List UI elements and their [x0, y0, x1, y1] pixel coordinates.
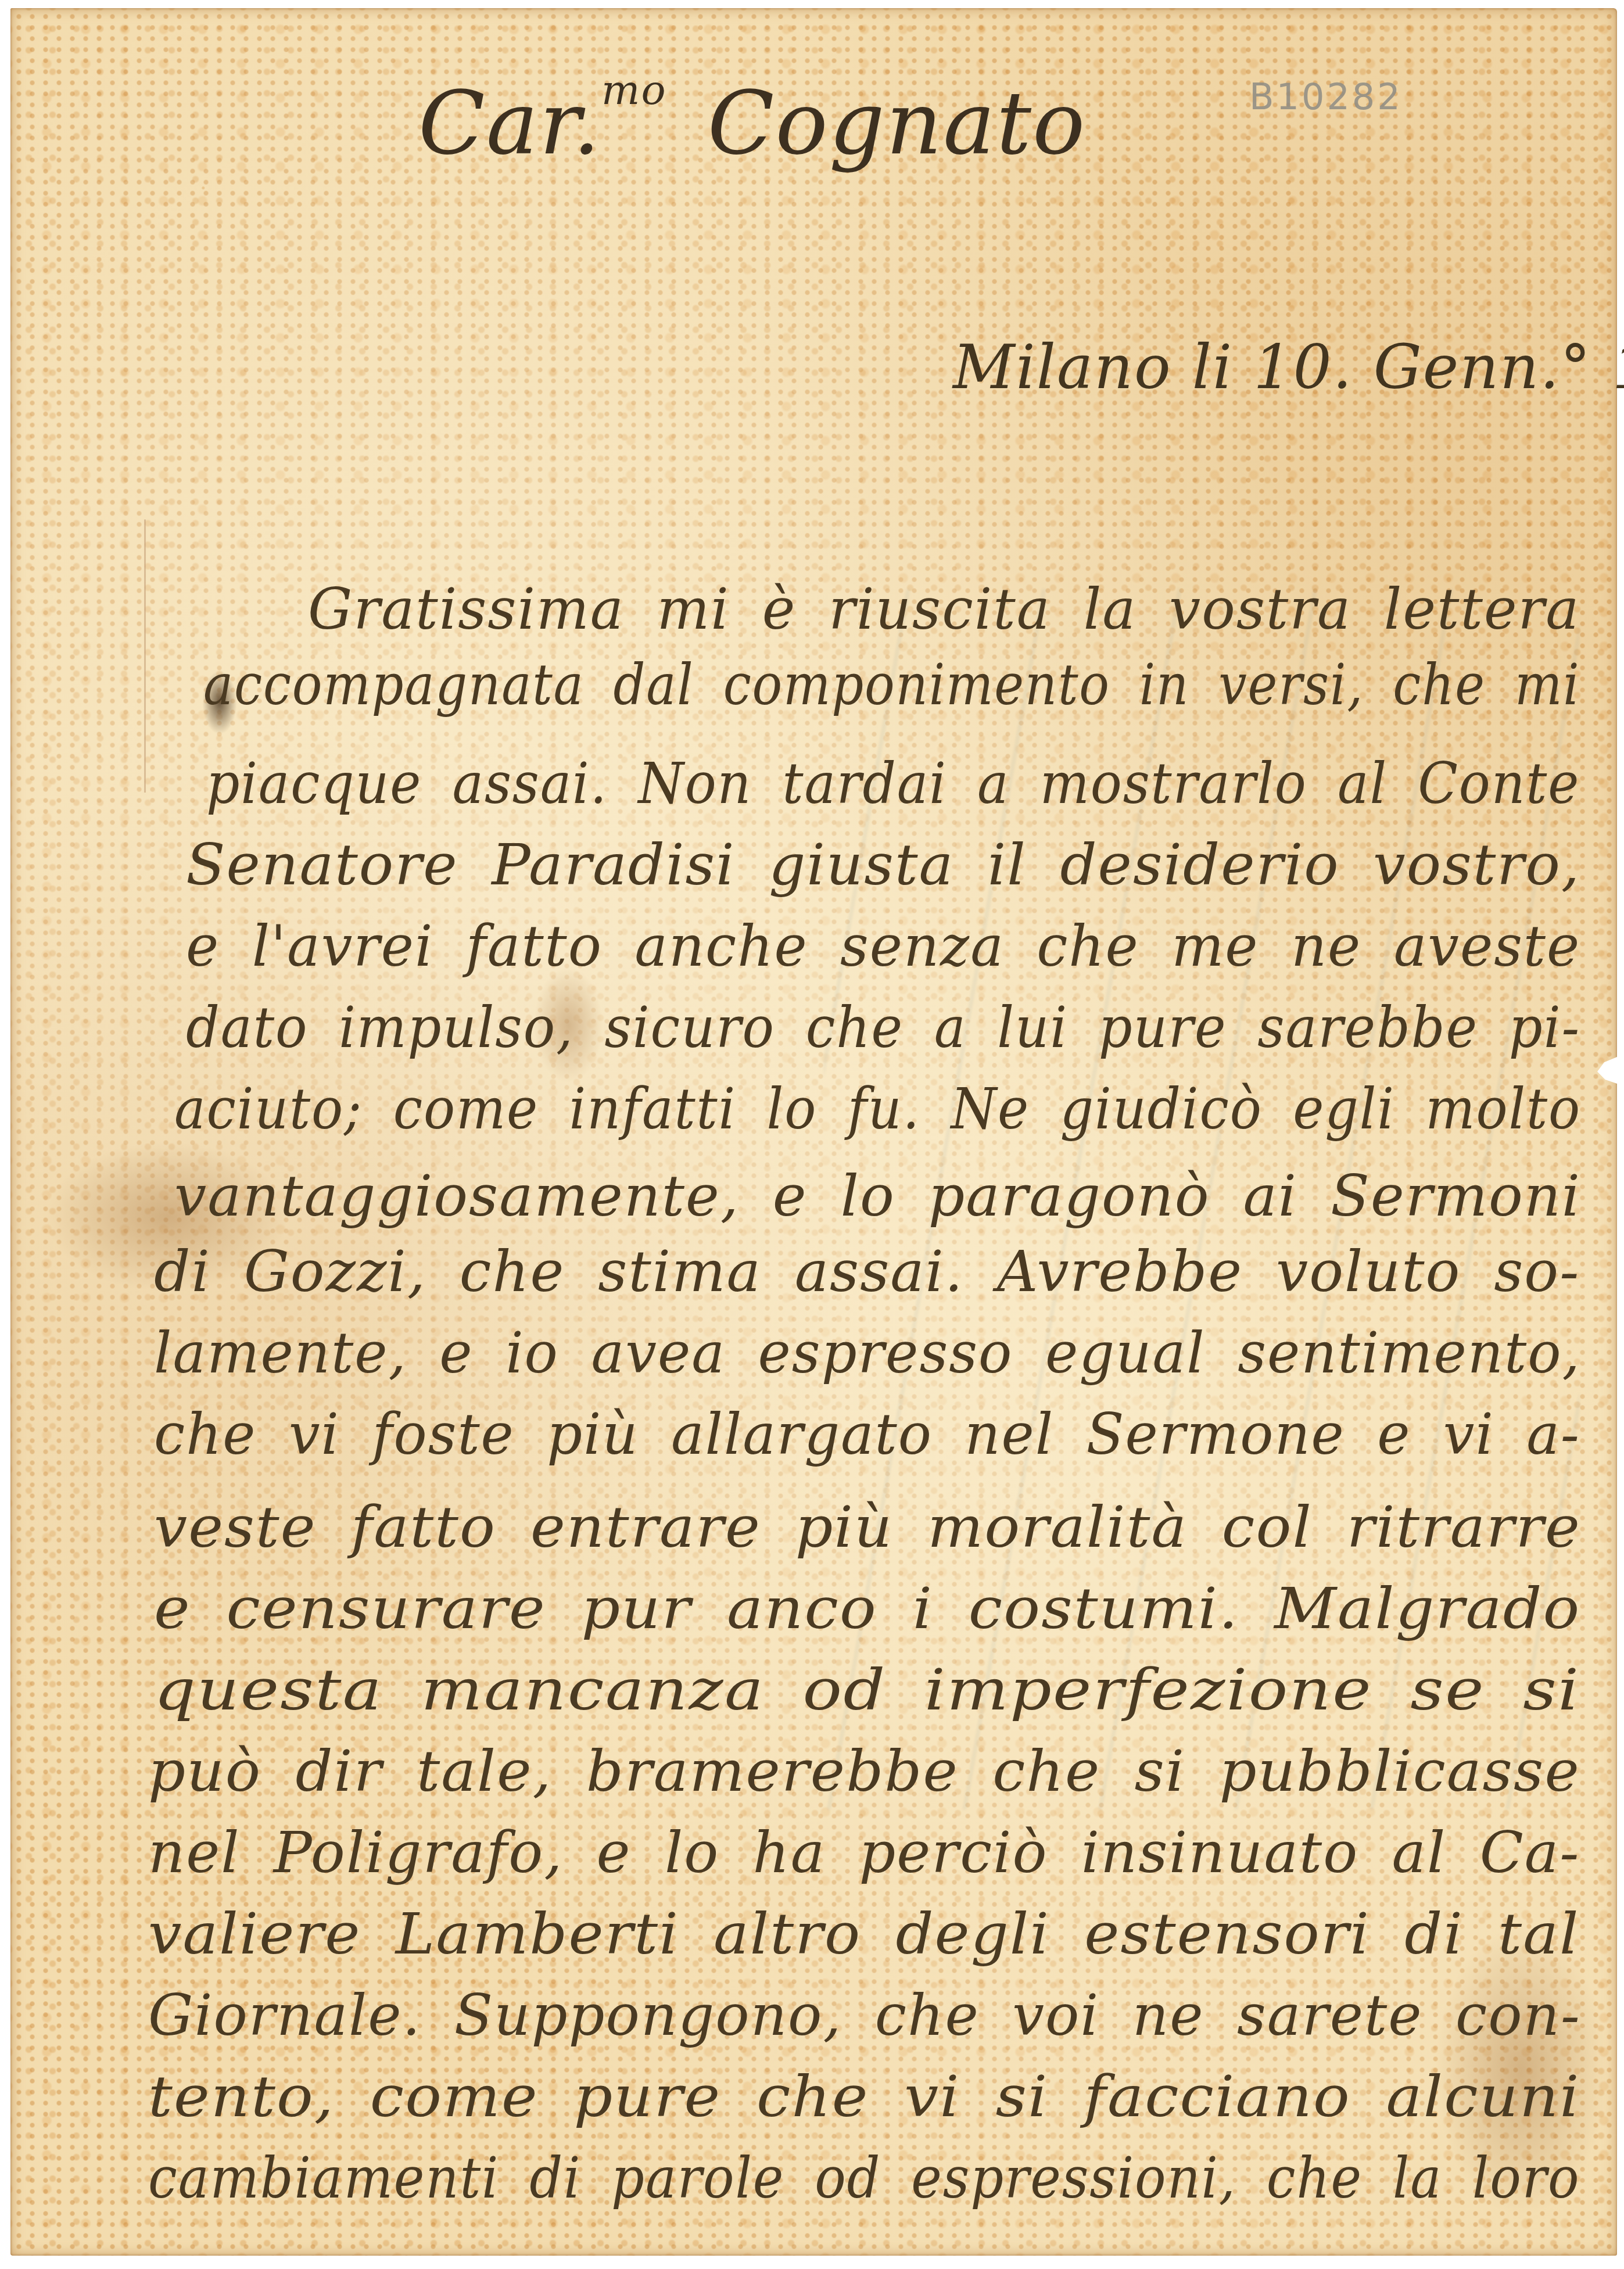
letter-line: valiere Lamberti altro degli estensori d… [148, 1906, 1580, 1963]
letter-line: lamente, e io avea espresso egual sentim… [154, 1325, 1581, 1382]
letter-line: vantaggiosamente, e lo paragonò ai Sermo… [174, 1168, 1581, 1225]
paper-tear [1597, 1057, 1617, 1084]
letter-line: veste fatto entrare più moralità col rit… [154, 1499, 1581, 1556]
letter-line: Giornale. Suppongono, che voi ne sarete … [148, 1987, 1581, 2044]
letter-line: di Gozzi, che stima assai. Avrebbe volut… [154, 1243, 1580, 1300]
letter-line: dato impulso, sicuro che a lui pure sare… [186, 999, 1580, 1056]
letter-line: cambiamenti di parole od espressioni, ch… [148, 2150, 1580, 2207]
salutation-superscript: mo [601, 66, 667, 114]
archive-mark: B10282 [1249, 76, 1403, 118]
dateline: Milano li 10. Genn.° 1812. [953, 337, 1624, 397]
letter-line: aciuto; come infatti lo fu. Ne giudicò e… [174, 1081, 1581, 1138]
letter-line: questa mancanza od imperfezione se si [154, 1662, 1580, 1719]
salutation-name: Cognato [708, 73, 1087, 174]
letter-line: Senatore Paradisi giusta il desiderio vo… [186, 837, 1580, 894]
letter-line: tento, come pure che vi si facciano alcu… [148, 2069, 1580, 2125]
letter-line: nel Poligrafo, e lo ha perciò insinuato … [148, 1824, 1580, 1881]
salutation-prefix: Car. [418, 73, 601, 174]
letter-line: piacque assai. Non tardai a mostrarlo al… [206, 755, 1580, 812]
letter-line: può dir tale, bramerebbe che si pubblica… [148, 1743, 1580, 1800]
letter-line: e l'avrei fatto anche senza che me ne av… [186, 918, 1580, 975]
salutation: Car.moCognato [418, 70, 1086, 167]
letter-line: e censurare pur anco i costumi. Malgrado [154, 1580, 1580, 1637]
letter-line: che vi foste più allargato nel Sermone e… [154, 1406, 1580, 1463]
letter-line: Gratissima mi è riuscita la vostra lette… [308, 581, 1580, 638]
fold-crease [144, 519, 146, 793]
letter-line: accompagnata dal componimento in versi, … [203, 657, 1580, 714]
